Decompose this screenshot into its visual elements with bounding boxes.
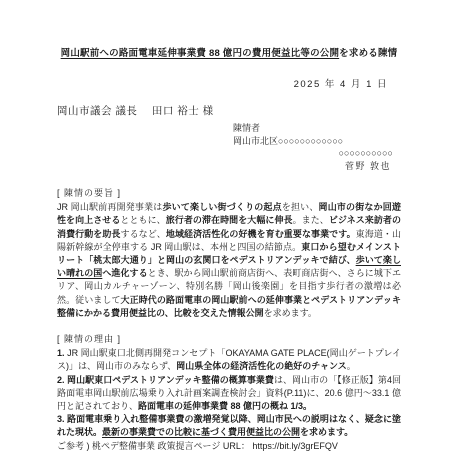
text-segment: 。 [347, 361, 356, 371]
petitioner-name: 菅野 敦也 [233, 160, 393, 173]
petitioner-address-line2: ○○○○○○○○○○ [233, 147, 393, 160]
text-segment: とともに、 [120, 215, 165, 225]
text-segment: へ進化する [102, 268, 147, 278]
text-segment: 最新の事業費での比較に基づく費用便益比の公開 [102, 427, 300, 437]
petition-title: 岡山駅前への路面電車延伸事業費 88 億円の費用便益比等の公開を求める陳情 [57, 47, 401, 60]
petitioner-address-line1: 岡山市北区○○○○○○○○○○○○ [233, 135, 393, 148]
text-segment: JR 岡山駅前再開発事業は [57, 202, 162, 212]
text-segment: ご参考 ) 桃ペデ整備事業 政策提言ページ URL： https://bit.l… [57, 441, 338, 451]
petition-document-page: 岡山駅前への路面電車延伸事業費 88 億円の費用便益比等の公開を求める陳情 20… [0, 0, 453, 453]
reason-item-3: 3. 路面電車乗り入れ整備事業費の激増発覚以降、岡山市民への説明はなく、疑念に塗… [57, 413, 401, 439]
summary-heading: [ 陳情の要旨 ] [57, 187, 401, 200]
text-segment: 3. [57, 414, 67, 424]
reasons-section: [ 陳情の理由 ] 1. JR 岡山駅東口北側再開発コンセプト「OKAYAMA … [57, 333, 401, 453]
text-segment: 岡山県全体の経済活性化の絶好のチャンス [176, 361, 346, 371]
summary-paragraph: JR 岡山駅前再開発事業は歩いて楽しい街づくりの起点を担い、岡山市の街なか回遊性… [57, 201, 401, 320]
text-segment: を求めます。 [300, 427, 353, 437]
text-segment: を求める陳情 [339, 48, 397, 59]
petitioner-label: 陳情者 [233, 122, 393, 135]
text-segment: 2. [57, 375, 67, 385]
text-segment: を担い、 [282, 202, 319, 212]
reason-item-2: 2. 岡山駅東口ペデストリアンデッキ整備の概算事業費は、岡山市の「【修正版】第4… [57, 374, 401, 414]
reason-item-1: 1. JR 岡山駅東口北側再開発コンセプト「OKAYAMA GATE PLACE… [57, 347, 401, 373]
text-segment: 1. [57, 348, 67, 358]
summary-section: [ 陳情の要旨 ] JR 岡山駅前再開発事業は歩いて楽しい街づくりの起点を担い、… [57, 187, 401, 320]
document-content: 岡山駅前への路面電車延伸事業費 88 億円の費用便益比等の公開を求める陳情 20… [0, 0, 453, 453]
text-segment: 。また、 [293, 215, 329, 225]
text-segment: 岡山駅前への路面電車延伸事業費 88 億円の費用便益比等の公開 [61, 48, 340, 59]
text-segment: するなど、 [121, 229, 166, 239]
petitioner-block: 陳情者 岡山市北区○○○○○○○○○○○○ ○○○○○○○○○○ 菅野 敦也 [233, 122, 393, 172]
text-segment: 旅行者の滞在時間を大幅に伸長 [166, 215, 293, 225]
reasons-heading: [ 陳情の理由 ] [57, 333, 401, 346]
text-segment: 路面電車の延伸事業費 88 億円の概ね 1/3。 [138, 401, 312, 411]
document-date: 2025 年 4 月 1 日 [57, 76, 401, 90]
text-segment: を求めます。 [264, 308, 317, 318]
text-segment: 岡山駅東口ペデストリアンデッキ整備の概算事業費 [67, 375, 274, 385]
addressee-line: 岡山市議会 議長 田口 裕士 様 [57, 103, 401, 118]
reference-line: ご参考 ) 桃ペデ整備事業 政策提言ページ URL： https://bit.l… [57, 440, 401, 453]
text-segment: 地域経済活性化の好機を育む重要な事業です。 [166, 229, 356, 239]
text-segment: 歩いて楽しい街づくりの起点 [162, 202, 281, 212]
